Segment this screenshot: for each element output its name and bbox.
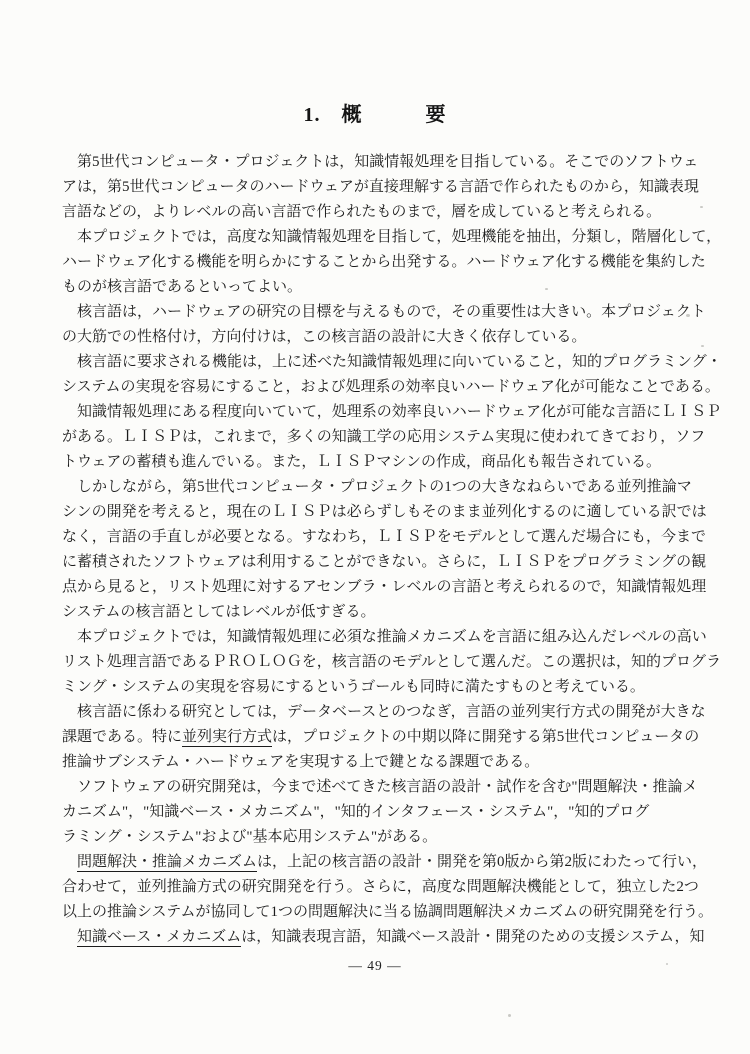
scanned-document-page: 1. 概 要 第5世代コンピュータ・プロジェクトは，知識情報処理を目指している。…: [0, 0, 750, 1054]
text-line: カニズム"，"知識ベース・メカニズム"，"知的インタフェース・システム"，"知的…: [62, 800, 728, 825]
text-segment: がある。ＬＩＳＰは，これまで，多くの知識工学の応用システム実現に使われてきており…: [62, 429, 705, 445]
text-line: ハードウェア化する機能を明らかにすることから出発する。ハードウェア化する機能を集…: [62, 250, 728, 275]
text-line: 課題である。特に並列実行方式は，プロジェクトの中期以降に開発する第5世代コンピュ…: [62, 725, 728, 750]
text-line: 問題解決・推論メカニズムは，上記の核言語の設計・開発を第0版から第2版にわたって…: [62, 850, 728, 875]
section-title: 1. 概 要: [0, 98, 750, 127]
text-segment: 点から見ると，リスト処理に対するアセンブラ・レベルの言語と考えられるので，知識情…: [62, 579, 706, 595]
text-line: システムの実現を容易にすること，および処理系の効率良いハードウェア化が可能なこと…: [62, 375, 728, 400]
text-line: 第5世代コンピュータ・プロジェクトは，知識情報処理を目指している。そこでのソフト…: [62, 150, 728, 175]
text-segment: 言語などの，よりレベルの高い言語で作られたものまで，層を成していると考えられる。: [62, 204, 661, 220]
text-line: システムの核言語としてはレベルが低すぎる。: [62, 600, 728, 625]
text-segment: システムの実現を容易にすること，および処理系の効率良いハードウェア化が可能なこと…: [62, 379, 720, 395]
text-segment: 本プロジェクトでは，高度な知識情報処理を目指して，処理機能を抽出，分類し，階層化…: [62, 229, 721, 245]
text-segment: [62, 929, 77, 945]
text-segment: ソフトウェアの研究開発は，今まで述べてきた核言語の設計・試作を含む"問題解決・推…: [62, 779, 698, 795]
text-line: リスト処理言語であるＰＲＯＬＯＧを，核言語のモデルとして選んだ。この選択は，知的…: [62, 650, 728, 675]
text-line: ミング・システムの実現を容易にするというゴールも同時に満たすものと考えている。: [62, 675, 728, 700]
scan-speck: [508, 1014, 511, 1017]
text-segment: 第5世代コンピュータ・プロジェクトは，知識情報処理を目指している。そこでのソフト…: [62, 154, 698, 170]
text-line: 核言語に要求される機能は，上に述べた知識情報処理に向いていること，知的プログラミ…: [62, 350, 728, 375]
text-segment: 以上の推論システムが協同して1つの問題解決に当る協調問題解決メカニズムの研究開発…: [62, 904, 713, 920]
text-segment: アは，第5世代コンピュータのハードウェアが直接理解する言語で作られたものから，知…: [62, 179, 699, 195]
text-line: ラミング・システム"および"基本応用システム"がある。: [62, 825, 728, 850]
text-segment: は，知識表現言語，知識ベース設計・開発のための支援システム，知: [241, 929, 704, 945]
text-segment: カニズム"，"知識ベース・メカニズム"，"知的インタフェース・システム"，"知的…: [62, 804, 649, 820]
text-segment: トウェアの蓄積も進んでいる。また，ＬＩＳＰマシンの作成，商品化も報告されている。: [62, 454, 661, 470]
text-line: 推論サブシステム・ハードウェアを実現する上で鍵となる課題である。: [62, 750, 728, 775]
text-line: しかしながら，第5世代コンピュータ・プロジェクトの1つの大きなねらいである並列推…: [62, 475, 728, 500]
text-line: シンの開発を考えると，現在のＬＩＳＰは必らずしもそのまま並列化するのに適している…: [62, 500, 728, 525]
text-segment: システムの核言語としてはレベルが低すぎる。: [62, 604, 376, 620]
text-segment: 核言語に要求される機能は，上に述べた知識情報処理に向いていること，知的プログラミ…: [62, 354, 722, 370]
text-line: がある。ＬＩＳＰは，これまで，多くの知識工学の応用システム実現に使われてきており…: [62, 425, 728, 450]
text-line: 本プロジェクトでは，知識情報処理に必須な推論メカニズムを言語に組み込んだレベルの…: [62, 625, 728, 650]
text-segment: [62, 854, 77, 870]
scan-speck: [666, 963, 668, 965]
scan-speck: [700, 206, 703, 208]
underlined-term: 知識ベース・メカニズム: [77, 929, 241, 947]
text-line: 知識情報処理にある程度向いていて，処理系の効率良いハードウェア化が可能な言語にＬ…: [62, 400, 728, 425]
scan-speck: [701, 345, 704, 347]
text-segment: 課題である。特に: [62, 729, 182, 745]
text-segment: は，プロジェクトの中期以降に開発する第5世代コンピュータの: [272, 729, 699, 745]
text-line: 以上の推論システムが協同して1つの問題解決に当る協調問題解決メカニズムの研究開発…: [62, 900, 728, 925]
text-segment: 推論サブシステム・ハードウェアを実現する上で鍵となる課題である。: [62, 754, 539, 770]
text-segment: 本プロジェクトでは，知識情報処理に必須な推論メカニズムを言語に組み込んだレベルの…: [62, 629, 707, 645]
text-line: 核言語は，ハードウェアの研究の目標を与えるもので，その重要性は大きい。本プロジェ…: [62, 300, 728, 325]
text-segment: ハードウェア化する機能を明らかにすることから出発する。ハードウェア化する機能を集…: [62, 254, 706, 270]
text-segment: シンの開発を考えると，現在のＬＩＳＰは必らずしもそのまま並列化するのに適している…: [62, 504, 707, 520]
scan-speck: [545, 288, 548, 290]
underlined-term: 問題解決・推論メカニズム: [77, 854, 257, 872]
text-segment: リスト処理言語であるＰＲＯＬＯＧを，核言語のモデルとして選んだ。この選択は，知的…: [62, 654, 721, 670]
underlined-term: 並列実行方式: [182, 729, 272, 747]
scan-speck: [686, 314, 690, 317]
text-segment: ミング・システムの実現を容易にするというゴールも同時に満たすものと考えている。: [62, 679, 645, 695]
text-segment: ものが核言語であるといってよい。: [62, 279, 302, 295]
text-line: 核言語に係わる研究としては，データベースとのつなぎ，言語の並列実行方式の開発が大…: [62, 700, 728, 725]
text-line: 言語などの，よりレベルの高い言語で作られたものまで，層を成していると考えられる。: [62, 200, 728, 225]
text-segment: 核言語は，ハードウェアの研究の目標を与えるもので，その重要性は大きい。本プロジェ…: [62, 304, 706, 320]
document-body: 第5世代コンピュータ・プロジェクトは，知識情報処理を目指している。そこでのソフト…: [62, 150, 728, 950]
text-segment: ラミング・システム"および"基本応用システム"がある。: [62, 829, 437, 845]
text-line: トウェアの蓄積も進んでいる。また，ＬＩＳＰマシンの作成，商品化も報告されている。: [62, 450, 728, 475]
text-segment: に蓄積されたソフトウェアは利用することができない。さらに，ＬＩＳＰをプログラミン…: [62, 554, 706, 570]
text-line: 点から見ると，リスト処理に対するアセンブラ・レベルの言語と考えられるので，知識情…: [62, 575, 728, 600]
text-segment: の大筋での性格付け，方向付けは，この核言語の設計に大きく依存している。: [62, 329, 586, 345]
text-segment: は，上記の核言語の設計・開発を第0版から第2版にわたって行い，: [257, 854, 707, 870]
text-segment: 知識情報処理にある程度向いていて，処理系の効率良いハードウェア化が可能な言語にＬ…: [62, 404, 721, 420]
text-line: 知識ベース・メカニズムは，知識表現言語，知識ベース設計・開発のための支援システム…: [62, 925, 728, 950]
text-segment: 核言語に係わる研究としては，データベースとのつなぎ，言語の並列実行方式の開発が大…: [62, 704, 706, 720]
text-line: ソフトウェアの研究開発は，今まで述べてきた核言語の設計・試作を含む"問題解決・推…: [62, 775, 728, 800]
text-segment: なく，言語の手直しが必要となる。すなわち，ＬＩＳＰをモデルとして選んだ場合にも，…: [62, 529, 706, 545]
text-segment: 合わせて，並列推論方式の研究開発を行う。さらに，高度な問題解決機能として，独立し…: [62, 879, 699, 895]
text-line: に蓄積されたソフトウェアは利用することができない。さらに，ＬＩＳＰをプログラミン…: [62, 550, 728, 575]
text-line: 合わせて，並列推論方式の研究開発を行う。さらに，高度な問題解決機能として，独立し…: [62, 875, 728, 900]
text-line: 本プロジェクトでは，高度な知識情報処理を目指して，処理機能を抽出，分類し，階層化…: [62, 225, 728, 250]
text-line: ものが核言語であるといってよい。: [62, 275, 728, 300]
text-line: アは，第5世代コンピュータのハードウェアが直接理解する言語で作られたものから，知…: [62, 175, 728, 200]
text-line: なく，言語の手直しが必要となる。すなわち，ＬＩＳＰをモデルとして選んだ場合にも，…: [62, 525, 728, 550]
text-line: の大筋での性格付け，方向付けは，この核言語の設計に大きく依存している。: [62, 325, 728, 350]
page-number: — 49 —: [0, 958, 750, 974]
text-segment: しかしながら，第5世代コンピュータ・プロジェクトの1つの大きなねらいである並列推…: [62, 479, 692, 495]
